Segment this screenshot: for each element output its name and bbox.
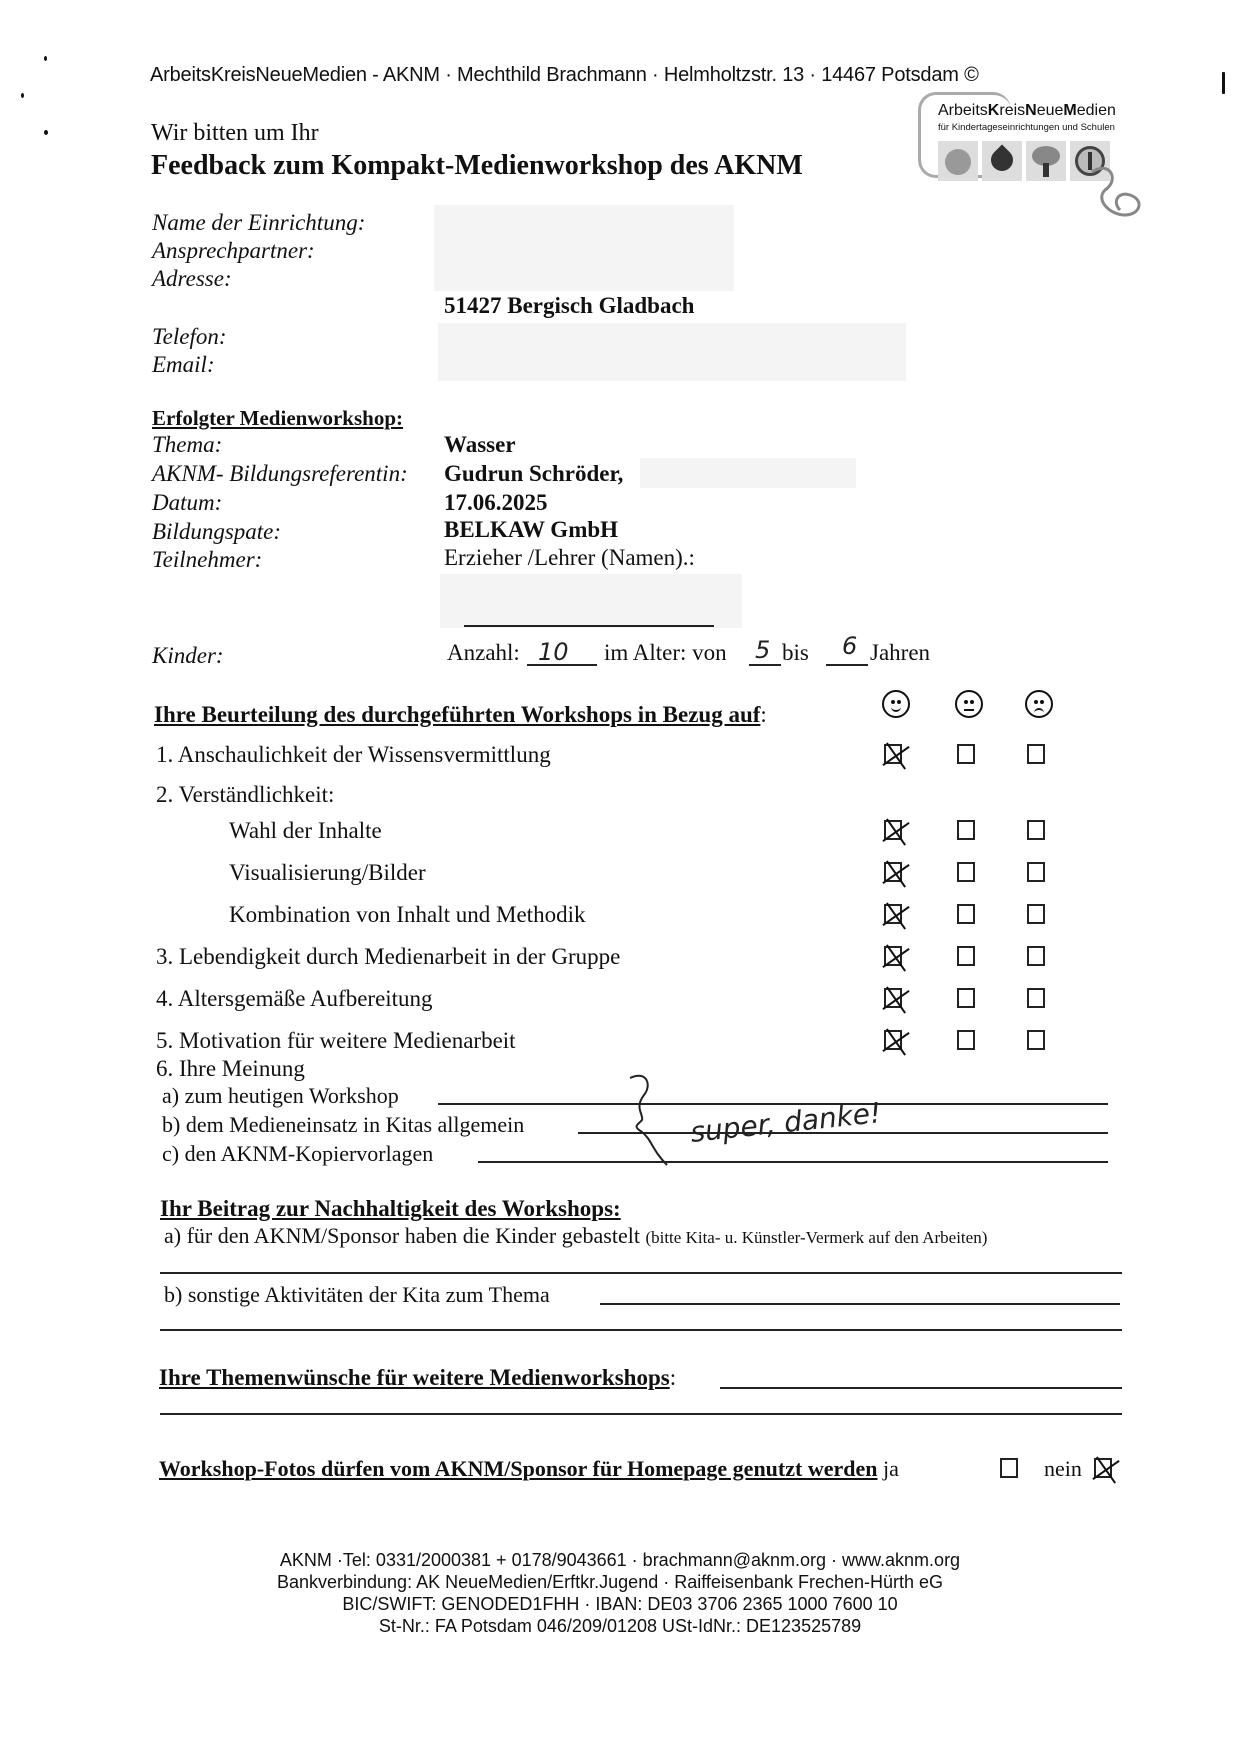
handwritten-brace	[622, 1070, 682, 1170]
rating-checkbox-sad[interactable]	[1027, 820, 1045, 840]
rating-checkbox-happy[interactable]	[884, 862, 902, 882]
water-drop-icon	[982, 141, 1022, 181]
children-count-label: Anzahl:	[447, 640, 520, 666]
footer-contact: AKNM ·Tel: 0331/2000381 + 0178/9043661 ·…	[0, 1550, 1240, 1571]
workshop-heading: Erfolgter Medienworkshop:	[152, 406, 403, 431]
rating-checkbox-sad[interactable]	[1027, 988, 1045, 1008]
age-to-handwritten[interactable]: 6	[842, 632, 857, 660]
children-label: Kinder:	[152, 643, 224, 669]
opinion-a-line[interactable]	[438, 1103, 1108, 1105]
name-label: Name der Einrichtung:	[152, 210, 365, 236]
rating-item-label: 3. Lebendigkeit durch Medienarbeit in de…	[156, 944, 620, 970]
rating-checkbox-neutral[interactable]	[957, 820, 975, 840]
phone-label: Telefon:	[152, 324, 227, 350]
sustainability-b-line-2[interactable]	[160, 1329, 1122, 1331]
rating-checkbox-happy[interactable]	[884, 820, 902, 840]
rating-checkbox-neutral[interactable]	[957, 946, 975, 966]
rating-checkbox-sad[interactable]	[1027, 904, 1045, 924]
address-city: 51427 Bergisch Gladbach	[444, 293, 694, 319]
footer-tax: St-Nr.: FA Potsdam 046/209/01208 USt-IdN…	[0, 1616, 1240, 1637]
logo-subtitle: für Kindertageseinrichtungen und Schulen	[938, 122, 1148, 133]
participants-label: Teilnehmer:	[152, 547, 262, 573]
rating-item-label: Kombination von Inhalt und Methodik	[229, 902, 585, 928]
sad-face-icon	[1025, 690, 1053, 718]
opinion-heading: 6. Ihre Meinung	[156, 1056, 305, 1082]
wishes-heading: Ihre Themenwünsche für weitere Medienwor…	[159, 1365, 676, 1391]
scan-speck	[44, 56, 47, 61]
redacted-name-address	[434, 205, 734, 291]
letterhead: ArbeitsKreisNeueMedien - AKNM · Mechthil…	[150, 64, 979, 87]
redacted-phone-email	[438, 323, 906, 381]
footer-bank: Bankverbindung: AK NeueMedien/Erftkr.Jug…	[0, 1572, 1230, 1593]
logo-title: ArbeitsKreisNeueMedien	[938, 102, 1148, 120]
rating-heading: Ihre Beurteilung des durchgeführten Work…	[154, 702, 767, 728]
age-from-label: im Alter: von	[604, 640, 727, 666]
email-label: Email:	[152, 352, 215, 378]
photos-yes-checkbox[interactable]	[1000, 1458, 1018, 1478]
rating-checkbox-sad[interactable]	[1027, 744, 1045, 764]
sustainability-b-label: b) sonstige Aktivitäten der Kita zum The…	[164, 1282, 550, 1308]
age-from-handwritten[interactable]: 5	[755, 636, 770, 664]
rating-checkbox-happy[interactable]	[884, 946, 902, 966]
topic-label: Thema:	[152, 432, 222, 458]
rating-checkbox-happy[interactable]	[884, 904, 902, 924]
rating-checkbox-sad[interactable]	[1027, 946, 1045, 966]
scan-speck	[44, 130, 48, 135]
contact-label: Ansprechpartner:	[152, 238, 315, 264]
sustainability-b-line[interactable]	[600, 1303, 1120, 1305]
wishes-line[interactable]	[720, 1387, 1122, 1389]
photos-no-checkbox[interactable]	[1094, 1458, 1112, 1478]
rating-checkbox-neutral[interactable]	[957, 1030, 975, 1050]
rating-checkbox-neutral[interactable]	[957, 988, 975, 1008]
page-title: Feedback zum Kompakt-Medienworkshop des …	[151, 150, 803, 182]
referent-value: Gudrun Schröder,	[444, 461, 623, 487]
neutral-face-icon	[955, 690, 983, 718]
photos-no-label: nein	[1044, 1456, 1082, 1482]
age-to-label: bis	[782, 640, 809, 666]
wishes-line-2[interactable]	[160, 1413, 1122, 1415]
redacted-participants	[440, 574, 742, 628]
rating-checkbox-neutral[interactable]	[957, 744, 975, 764]
rating-item-label: 5. Motivation für weitere Medienarbeit	[156, 1028, 516, 1054]
date-value: 17.06.2025	[444, 490, 548, 516]
date-label: Datum:	[152, 490, 222, 516]
intro-text: Wir bitten um Ihr	[151, 120, 319, 147]
sponsor-value: BELKAW GmbH	[444, 517, 618, 543]
cable-plug-icon	[1090, 160, 1150, 230]
participants-line	[464, 625, 714, 627]
scan-speck	[1222, 72, 1225, 94]
redacted-referent	[640, 458, 856, 488]
rating-item-label: Wahl der Inhalte	[229, 818, 382, 844]
tree-icon	[1026, 141, 1066, 181]
footer-iban: BIC/SWIFT: GENODED1FHH · IBAN: DE03 3706…	[0, 1594, 1240, 1615]
rating-checkbox-happy[interactable]	[884, 744, 902, 764]
opinion-b-label: b) dem Medieneinsatz in Kitas allgemein	[162, 1112, 524, 1138]
years-label: Jahren	[870, 640, 930, 666]
opinion-a-label: a) zum heutigen Workshop	[162, 1083, 399, 1109]
sponsor-label: Bildungspate:	[152, 519, 281, 545]
rating-checkbox-neutral[interactable]	[957, 862, 975, 882]
opinion-c-line[interactable]	[478, 1161, 1108, 1163]
rating-checkbox-sad[interactable]	[1027, 862, 1045, 882]
rating-item-label: 4. Altersgemäße Aufbereitung	[156, 986, 433, 1012]
children-count-handwritten[interactable]: 10	[538, 638, 569, 666]
age-to-line	[826, 664, 868, 666]
sustainability-a-label: a) für den AKNM/Sponsor haben die Kinder…	[164, 1223, 987, 1249]
referent-label: AKNM- Bildungsreferentin:	[152, 461, 408, 487]
rating-item-label: 1. Anschaulichkeit der Wissensvermittlun…	[156, 742, 551, 768]
sustainability-a-line[interactable]	[160, 1272, 1122, 1274]
rating-checkbox-neutral[interactable]	[957, 904, 975, 924]
opinion-c-label: c) den AKNM-Kopiervorlagen	[162, 1141, 433, 1167]
address-label: Adresse:	[152, 266, 232, 292]
topic-value: Wasser	[444, 432, 516, 458]
apple-icon	[938, 141, 978, 181]
age-from-line	[749, 664, 781, 666]
rating-checkbox-happy[interactable]	[884, 1030, 902, 1050]
photos-consent: Workshop-Fotos dürfen vom AKNM/Sponsor f…	[159, 1456, 899, 1482]
happy-face-icon	[882, 690, 910, 718]
rating-item-label: Visualisierung/Bilder	[229, 860, 426, 886]
rating-checkbox-sad[interactable]	[1027, 1030, 1045, 1050]
rating-item-label: 2. Verständlichkeit:	[156, 782, 334, 808]
participants-prompt: Erzieher /Lehrer (Namen).:	[444, 545, 695, 571]
rating-checkbox-happy[interactable]	[884, 988, 902, 1008]
scan-speck	[21, 93, 24, 98]
sustainability-heading: Ihr Beitrag zur Nachhaltigkeit des Works…	[160, 1196, 621, 1222]
